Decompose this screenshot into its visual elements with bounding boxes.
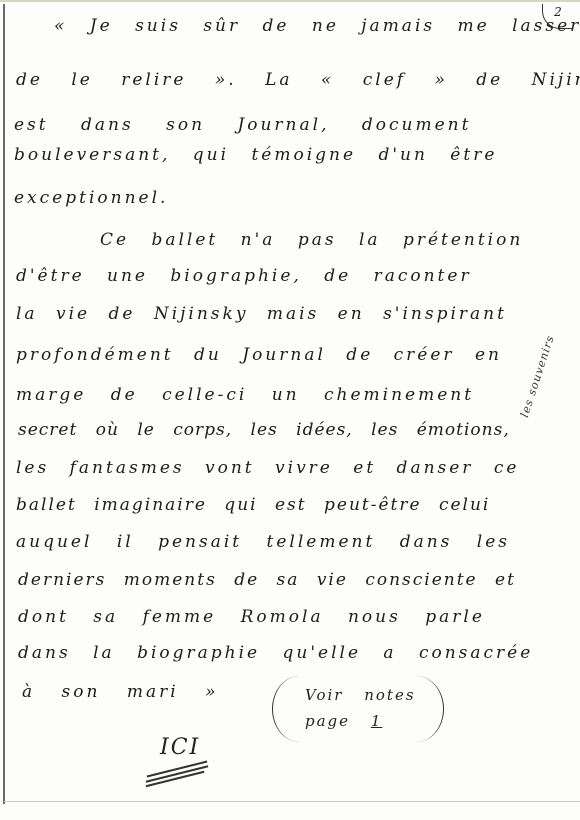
text-line-8: la vie de Nijinsky mais en s'inspirant <box>16 304 507 324</box>
text-line-16: dont sa femme Romola nous parle <box>18 607 485 627</box>
scanned-handwritten-page: 2 « Je suis sûr de ne jamais me lasser d… <box>0 0 580 820</box>
text-line-13: ballet imaginaire qui est peut-être celu… <box>16 495 490 515</box>
text-line-2: de le relire ». La « clef » de Nijinsky <box>16 70 580 90</box>
reference-note-line-1: Voir notes <box>305 686 416 704</box>
text-line-9: profondément du Journal de créer en <box>16 345 502 365</box>
text-line-10: marge de celle-ci un cheminement <box>16 385 474 405</box>
text-line-14: auquel il pensait tellement dans les <box>16 532 510 552</box>
text-line-5: exceptionnel. <box>14 188 168 208</box>
text-line-6: Ce ballet n'a pas la prétention <box>100 230 523 250</box>
page-top-edge <box>0 0 580 2</box>
page-left-edge <box>3 4 5 804</box>
text-line-11: secret où le corps, les idées, les émoti… <box>18 420 510 440</box>
text-line-17: dans la biographie qu'elle a consacrée <box>18 643 533 663</box>
text-line-15: derniers moments de sa vie consciente et <box>18 570 516 590</box>
text-line-7: d'être une biographie, de raconter <box>16 266 472 286</box>
reference-page-number: 1 <box>371 712 383 730</box>
text-line-18: à son mari » <box>22 682 218 702</box>
ici-marker: ICI <box>160 735 200 760</box>
margin-note: les souvenirs <box>518 333 557 419</box>
reference-note-line-2: page 1 <box>305 712 382 730</box>
text-line-3: est dans son Journal, document <box>14 115 471 135</box>
text-line-1: « Je suis sûr de ne jamais me lasser <box>54 16 580 36</box>
page-bottom-edge <box>4 801 580 802</box>
reference-page-label: page <box>305 712 350 730</box>
text-line-12: les fantasmes vont vivre et danser ce <box>16 458 519 478</box>
text-line-4: bouleversant, qui témoigne d'un être <box>14 145 497 165</box>
